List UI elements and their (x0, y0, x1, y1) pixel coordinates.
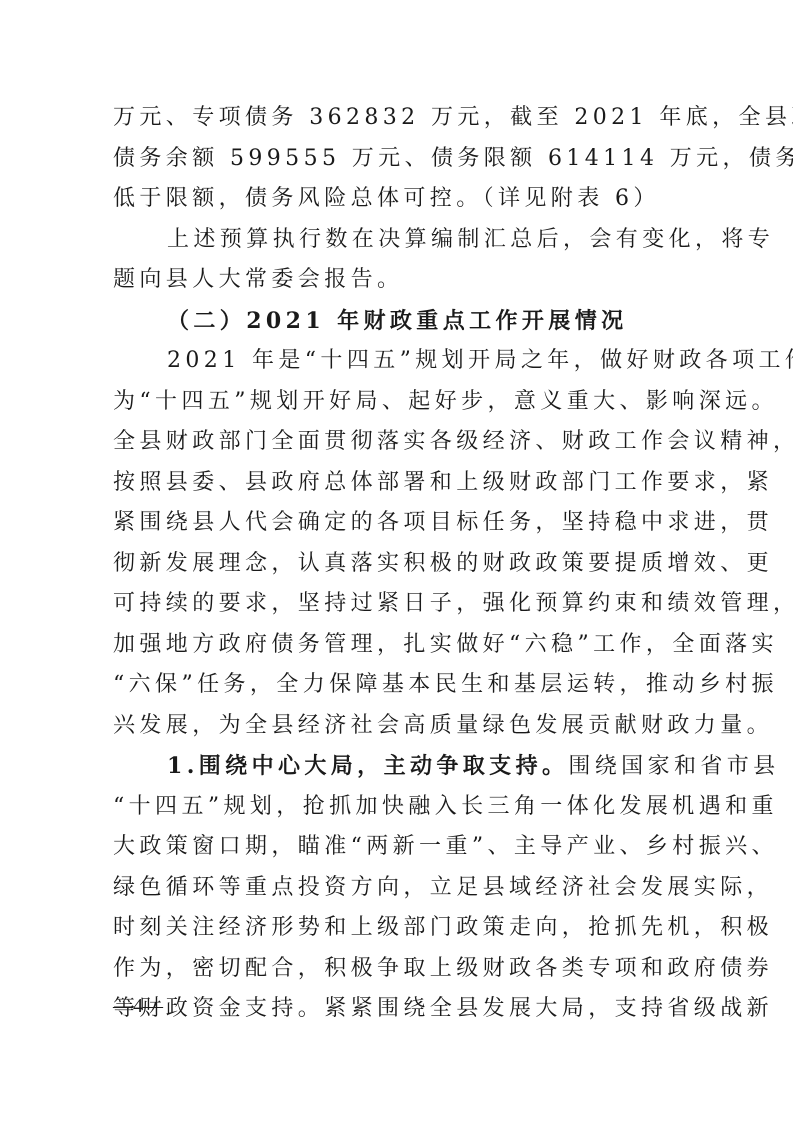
text-line: “六保”任务，全力保障基本民生和基层运转，推动乡村振 (113, 665, 683, 706)
document-page: 万元、专项债务 362832 万元，截至 2021 年底，全县政府 债务余额 5… (0, 0, 793, 1122)
text-line: 题向县人大常委会报告。 (113, 260, 683, 301)
paragraph-budget-note: 上述预算执行数在决算编制汇总后，会有变化，将专 题向县人大常委会报告。 (113, 220, 683, 301)
text-line: 大政策窗口期，瞄准“两新一重”、主导产业、乡村振兴、 (113, 827, 683, 868)
paragraph-item-1: 1.围绕中心大局，主动争取支持。围绕国家和省市县 “十四五”规划，抢抓加快融入长… (113, 746, 683, 1030)
text-line: 兴发展，为全县经济社会高质量绿色发展贡献财政力量。 (113, 706, 683, 747)
text-line: 万元、专项债务 362832 万元，截至 2021 年底，全县政府 (113, 98, 683, 139)
paragraph-debt-summary: 万元、专项债务 362832 万元，截至 2021 年底，全县政府 债务余额 5… (113, 98, 683, 220)
document-body: 万元、专项债务 362832 万元，截至 2021 年底，全县政府 债务余额 5… (113, 98, 683, 1030)
paragraph-intro: 2021 年是“十四五”规划开局之年，做好财政各项工作 为“十四五”规划开好局、… (113, 341, 683, 746)
text-line: 低于限额，债务风险总体可控。（详见附表 6） (113, 179, 683, 220)
item-lead-bold: 1.围绕中心大局，主动争取支持。 (167, 753, 568, 779)
section-heading: （二）2021 年财政重点工作开展情况 (113, 301, 683, 342)
text-line: 全县财政部门全面贯彻落实各级经济、财政工作会议精神， (113, 422, 683, 463)
text-line: 债务余额 599555 万元、债务限额 614114 万元，债务余额 (113, 139, 683, 180)
text-line: 2021 年是“十四五”规划开局之年，做好财政各项工作 (113, 341, 683, 382)
text-line: 为“十四五”规划开好局、起好步，意义重大、影响深远。 (113, 382, 683, 423)
page-number: —4— (113, 995, 163, 1018)
text-line: 按照县委、县政府总体部署和上级财政部门工作要求，紧 (113, 463, 683, 504)
text-line: 作为，密切配合，积极争取上级财政各类专项和政府债券 (113, 949, 683, 990)
text-line: 等财政资金支持。紧紧围绕全县发展大局，支持省级战新 (113, 989, 683, 1030)
text-line: 加强地方政府债务管理，扎实做好“六稳”工作，全面落实 (113, 625, 683, 666)
text-line: 彻新发展理念，认真落实积极的财政政策要提质增效、更 (113, 544, 683, 585)
text-line: 绿色循环等重点投资方向，立足县域经济社会发展实际， (113, 868, 683, 909)
text-line: 1.围绕中心大局，主动争取支持。围绕国家和省市县 (113, 746, 683, 787)
text-line: 紧围绕县人代会确定的各项目标任务，坚持稳中求进，贯 (113, 503, 683, 544)
text-line: 可持续的要求，坚持过紧日子，强化预算约束和绩效管理， (113, 584, 683, 625)
text-line: 上述预算执行数在决算编制汇总后，会有变化，将专 (113, 220, 683, 261)
item-lead-rest: 围绕国家和省市县 (568, 754, 779, 779)
text-line: 时刻关注经济形势和上级部门政策走向，抢抓先机，积极 (113, 908, 683, 949)
text-line: “十四五”规划，抢抓加快融入长三角一体化发展机遇和重 (113, 787, 683, 828)
